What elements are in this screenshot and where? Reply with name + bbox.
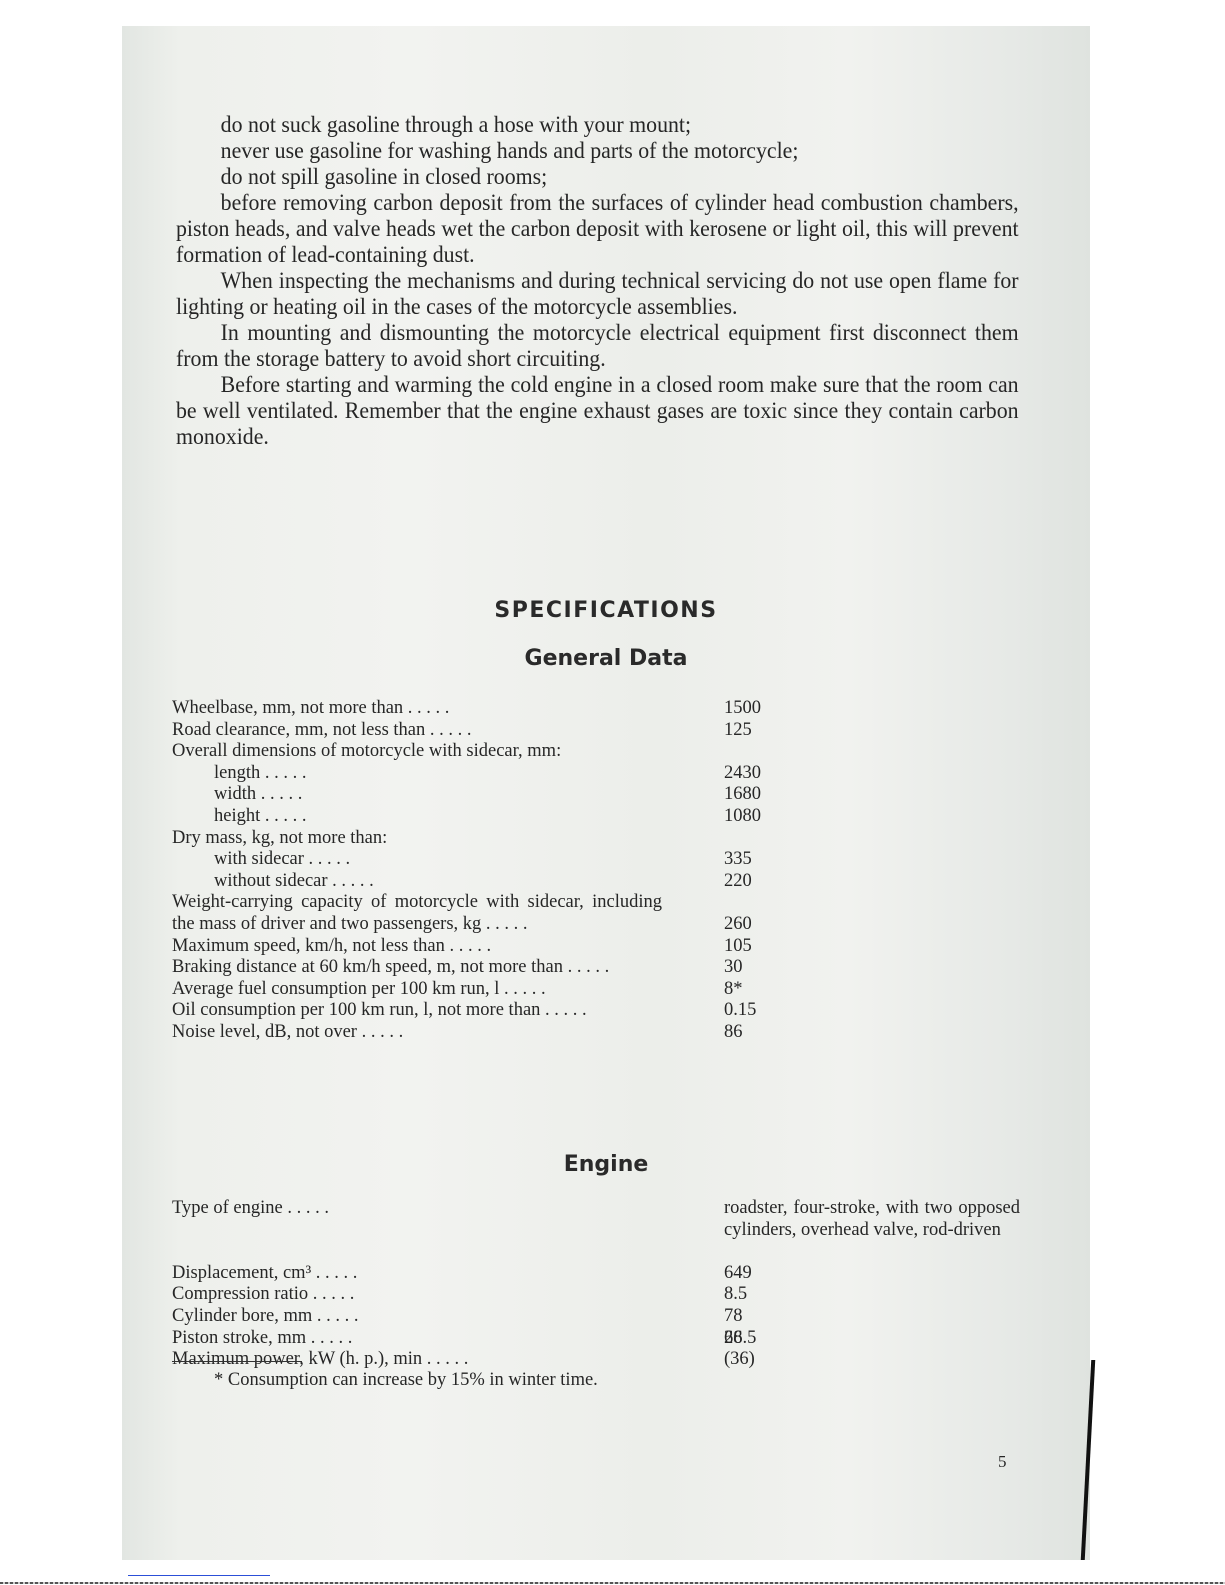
spec-value: 1680 [724,784,761,806]
spec-label: Piston stroke, mm . . . . . [172,1328,662,1350]
safety-text: do not suck gasoline through a hose with… [176,112,1019,450]
spec-value: 1500 [724,698,761,720]
spec-value: roadster, four-stroke, with two opposed … [724,1198,1020,1241]
paragraph: do not spill gasoline in closed rooms; [176,164,1019,190]
spec-row: width . . . . .1680 [172,784,662,806]
spec-row: Road clearance, mm, not less than . . . … [172,720,662,742]
spec-label: Road clearance, mm, not less than . . . … [172,720,662,742]
spec-value: 125 [724,720,752,742]
spec-row: height . . . . .1080 [172,806,662,828]
paragraph: before removing carbon deposit from the … [176,190,1019,268]
footnote: * Consumption can increase by 15% in win… [172,1370,692,1392]
spec-label: Maximum power, kW (h. p.), min . . . . . [172,1349,662,1371]
general-data-heading: General Data [122,646,1090,671]
spec-label: length . . . . . [214,763,662,785]
spec-row: Noise level, dB, not over . . . . .86 [172,1022,662,1044]
spec-row: Piston stroke, mm . . . . .68 [172,1328,662,1350]
spec-value: 335 [724,849,752,871]
spec-label: height . . . . . [214,806,662,828]
spec-label: Type of engine . . . . . [172,1198,662,1220]
spec-value: 30 [724,957,743,979]
spec-value: 220 [724,871,752,893]
spec-value: 649 [724,1263,752,1285]
spec-label: Weight-carrying capacity of motorcycle w… [172,892,662,935]
spec-value: 260 [724,914,752,936]
paragraph: In mounting and dismounting the motorcyc… [176,320,1019,372]
spec-row: Overall dimensions of motorcycle with si… [172,741,662,763]
spec-row: Dry mass, kg, not more than: [172,828,662,850]
spec-row: Maximum speed, km/h, not less than . . .… [172,936,662,958]
specifications-heading: SPECIFICATIONS [122,598,1090,623]
spec-row: Displacement, cm³ . . . . .649 [172,1263,662,1285]
paragraph: do not suck gasoline through a hose with… [176,112,1019,138]
scanned-page: do not suck gasoline through a hose with… [122,26,1090,1560]
footnote-divider [172,1361,302,1362]
spec-label: Braking distance at 60 km/h speed, m, no… [172,957,662,979]
spec-row: Compression ratio . . . . .8.5 [172,1284,662,1306]
spec-row: Average fuel consumption per 100 km run,… [172,979,662,1001]
spec-label: Maximum speed, km/h, not less than . . .… [172,936,662,958]
spec-row: Maximum power, kW (h. p.), min . . . . .… [172,1349,662,1371]
spec-row: length . . . . .2430 [172,763,662,785]
spec-value: 105 [724,936,752,958]
spec-value: 86 [724,1022,743,1044]
spec-label: Average fuel consumption per 100 km run,… [172,979,662,1001]
page-number: 5 [998,1452,1007,1472]
spec-value: 26.5 (36) [724,1328,756,1371]
spec-label: width . . . . . [214,784,662,806]
spec-value: 8* [724,979,743,1001]
spec-label: Overall dimensions of motorcycle with si… [172,741,662,763]
spec-label: with sidecar . . . . . [214,849,662,871]
paragraph: never use gasoline for washing hands and… [176,138,1019,164]
spec-value: 0.15 [724,1000,756,1022]
spec-label: Displacement, cm³ . . . . . [172,1263,662,1285]
paragraph: Before starting and warming the cold eng… [176,372,1019,450]
page-break-line [0,1582,1225,1584]
spec-row: Braking distance at 60 km/h speed, m, no… [172,957,662,979]
spec-label: Noise level, dB, not over . . . . . [172,1022,662,1044]
spec-row: with sidecar . . . . .335 [172,849,662,871]
spec-label: Cylinder bore, mm . . . . . [172,1306,662,1328]
spec-row: Wheelbase, mm, not more than . . . . .15… [172,698,662,720]
spec-row: Weight-carrying capacity of motorcycle w… [172,892,662,935]
engine-data-table: Type of engine . . . . .roadster, four-s… [172,1198,662,1371]
spec-label: Wheelbase, mm, not more than . . . . . [172,698,662,720]
spec-label: Compression ratio . . . . . [172,1284,662,1306]
spec-row: Type of engine . . . . .roadster, four-s… [172,1198,662,1263]
spec-value: 8.5 [724,1284,747,1306]
spec-row: Cylinder bore, mm . . . . .78 [172,1306,662,1328]
spec-label: Oil consumption per 100 km run, l, not m… [172,1000,662,1022]
spec-row: Oil consumption per 100 km run, l, not m… [172,1000,662,1022]
spec-value: 2430 [724,763,761,785]
link-underline[interactable] [128,1575,270,1576]
spec-label: Dry mass, kg, not more than: [172,828,662,850]
spec-row: without sidecar . . . . .220 [172,871,662,893]
spec-value: 1080 [724,806,761,828]
spec-label: without sidecar . . . . . [214,871,662,893]
general-data-table: Wheelbase, mm, not more than . . . . .15… [172,698,662,1044]
engine-heading: Engine [122,1152,1090,1177]
paragraph: When inspecting the mechanisms and durin… [176,268,1019,320]
spec-value: 78 [724,1306,743,1328]
